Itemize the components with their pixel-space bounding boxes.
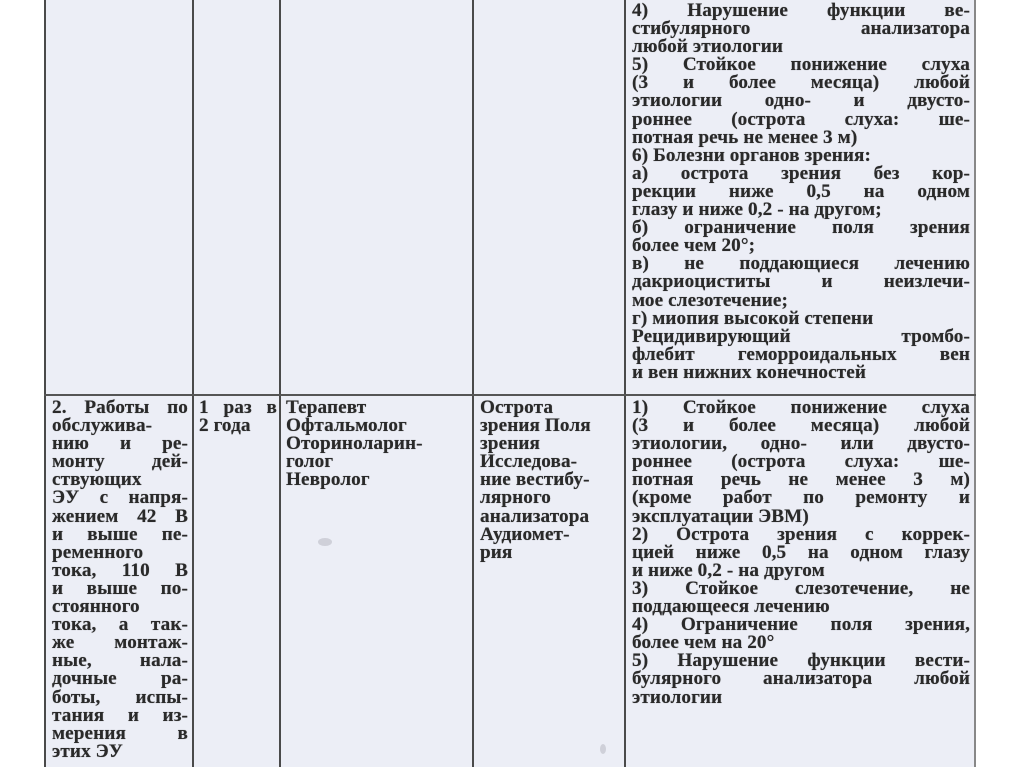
text-line: жением 42 В [52,508,188,526]
scan-smudge [318,538,332,546]
text-line: тания и из- [52,707,188,725]
column-divider [624,0,626,767]
text-line: этиологии [632,689,970,707]
row-divider [44,394,976,396]
page: 4) Нарушение функции ве-стибулярного ана… [0,0,1024,767]
text-line: эксплуатации ЭВМ) [632,508,970,526]
column-divider [472,0,474,767]
text-line: ЭУ с напря- [52,489,188,507]
cell-contraindications-top: 4) Нарушение функции ве-стибулярного ана… [632,2,970,382]
text-line: булярного анализатора любой [632,670,970,688]
text-line: 2 года [199,417,277,435]
text-line: дакриоциститы и неизлечи- [632,273,970,291]
cell-contraindications-bottom: 1) Стойкое понижение слуха(3 и более мес… [632,399,970,707]
text-line: Невролог [286,471,470,489]
text-line: (кроме работ по ремонту и [632,489,970,507]
text-line: г) миопия высокой степени [632,310,970,328]
text-line: роннее (острота слуха: ше- [632,111,970,129]
cell-work-type: 2. Работы пообслужива-нию и ре-монту дей… [52,399,188,761]
column-divider [279,0,281,767]
column-divider [192,0,194,767]
text-line: этих ЭУ [52,743,188,761]
text-line: рия [480,544,620,562]
table-border-left [44,0,46,767]
text-line: и вен нижних конечностей [632,364,970,382]
text-line: лярного [480,489,620,507]
cell-examinations: Остротазрения ПолязренияИсследова-ние ве… [480,399,620,562]
table-border-right [974,0,976,767]
text-line: дочные ра- [52,670,188,688]
cell-doctors: ТерапевтОфтальмологОториноларин-гологНев… [286,399,470,489]
text-line: боты, испы- [52,689,188,707]
text-line: анализатора [480,508,620,526]
text-line: мое слезотечение; [632,292,970,310]
text-line: этиологии одно- и двусто- [632,92,970,110]
cell-frequency: 1 раз в2 года [199,399,277,435]
scan-smudge [600,744,606,754]
